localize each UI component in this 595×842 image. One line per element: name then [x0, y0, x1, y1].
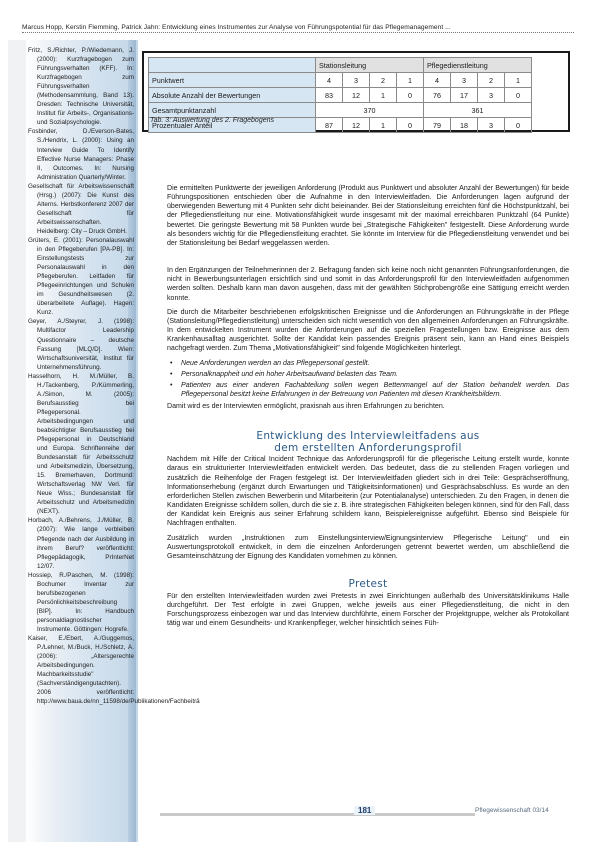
section-heading-line: Entwicklung des Interviewleitfadens aus [256, 430, 479, 442]
table-cell: 87 [316, 118, 343, 133]
table-cell: 0 [397, 88, 424, 103]
table-cell: 0 [505, 88, 532, 103]
table-cell: 0 [397, 118, 424, 133]
reference-item: Geyer, A./Steyrer, J. (1998): Multifacto… [28, 317, 134, 371]
bullet-item: Patienten aus einer anderen Fachabteilun… [181, 381, 569, 399]
table-cell: 1 [397, 73, 424, 88]
reference-item: Gesellschaft für Arbeitswissenschaft (Hr… [28, 182, 134, 236]
table-cell: 0 [505, 118, 532, 133]
table-cell: 4 [424, 73, 451, 88]
section-heading-line: dem erstellten Anforderungsprofil [274, 442, 462, 454]
section-heading: Entwicklung des Interviewleitfadens aus … [167, 431, 569, 454]
reference-item: Hossiep, R./Paschen, M. (1998): Bochumer… [28, 571, 134, 634]
table-cell: 2 [370, 73, 397, 88]
table-cell: 18 [451, 118, 478, 133]
table-header-row: Stationsleitung Pflegedienstleitung [149, 58, 532, 73]
group-header-stationsleitung: Stationsleitung [316, 58, 424, 73]
reference-item: Grüters, E. (2001): Personalauswahl in d… [28, 236, 134, 317]
table-cell: 4 [316, 73, 343, 88]
journal-name: Pflegewissenschaft 03/14 [475, 807, 549, 814]
table-cell: 83 [316, 88, 343, 103]
table-corner-cell [149, 58, 316, 73]
table-cell: 3 [451, 73, 478, 88]
table-cell: 12 [343, 88, 370, 103]
table-row: Absolute Anzahl der Bewertungen 83 12 1 … [149, 88, 532, 103]
reference-item: Fritz, S./Richter, P./Wiedemann, J. (200… [28, 46, 134, 127]
table-cell: 1 [370, 118, 397, 133]
row-label: Gesamtpunktanzahl [149, 103, 316, 118]
footer-rule [160, 813, 475, 816]
table-cell: 76 [424, 88, 451, 103]
table-cell-total: 361 [424, 103, 532, 118]
paragraph: Die durch die Mitarbeiter beschriebenen … [167, 308, 569, 354]
sidebar-margin [8, 40, 26, 842]
paragraph: In den Ergänzungen der Teilnehmerinnen d… [167, 266, 569, 303]
bullet-item: Neue Anforderungen werden an das Pflegep… [181, 359, 569, 368]
table-cell: 2 [478, 73, 505, 88]
paragraph: Nachdem mit Hilfe der Critical Incident … [167, 455, 569, 528]
bullet-item: Personalknappheit und ein hoher Arbeitsa… [181, 370, 569, 379]
table-cell: 3 [343, 73, 370, 88]
group-header-pflegedienstleitung: Pflegedienstleitung [424, 58, 532, 73]
table-cell: 1 [505, 73, 532, 88]
running-head: Marcus Hopp, Kerstin Flemming, Patrick J… [22, 24, 574, 33]
table-caption: Tab. 3: Auswertung des 2. Fragebogens [150, 117, 274, 124]
reference-item: Kaiser, E./Ebert, A./Guggemos, P./Lehner… [28, 634, 134, 706]
paragraph: Zusätzlich wurden „Instruktionen zum Ein… [167, 534, 569, 561]
table-cell: 3 [478, 118, 505, 133]
table-row: Punktwert 4 3 2 1 4 3 2 1 [149, 73, 532, 88]
main-text-column: Die ermittelten Punktwerte der jeweilige… [167, 184, 569, 633]
page-number: 181 [354, 806, 375, 815]
row-label: Punktwert [149, 73, 316, 88]
paragraph: Die ermittelten Punktwerte der jeweilige… [167, 184, 569, 248]
reference-item: Fosbinder, D./Everson-Bates, S./Hendrix,… [28, 127, 134, 181]
table-cell: 1 [370, 88, 397, 103]
row-label: Absolute Anzahl der Bewertungen [149, 88, 316, 103]
references-list: Fritz, S./Richter, P./Wiedemann, J. (200… [28, 46, 134, 706]
bullet-list: Neue Anforderungen werden an das Pflegep… [167, 359, 569, 400]
evaluation-table-frame: Stationsleitung Pflegedienstleitung Punk… [142, 51, 570, 132]
table-cell-total: 370 [316, 103, 424, 118]
table-row: Gesamtpunktanzahl 370 361 [149, 103, 532, 118]
paragraph: Für den erstellten Interviewleitfaden wu… [167, 592, 569, 629]
table-cell: 17 [451, 88, 478, 103]
reference-item: Hasselhorn, H. M./Müller, B. H./Tackenbe… [28, 372, 134, 517]
reference-item: Horbach, A./Behrens, J./Müller, B. (2007… [28, 516, 134, 570]
table-cell: 3 [478, 88, 505, 103]
table-cell: 12 [343, 118, 370, 133]
section-heading-pretest: Pretest [167, 579, 569, 591]
paragraph: Damit wird es der Interviewten ermöglich… [167, 402, 569, 411]
table-cell: 79 [424, 118, 451, 133]
